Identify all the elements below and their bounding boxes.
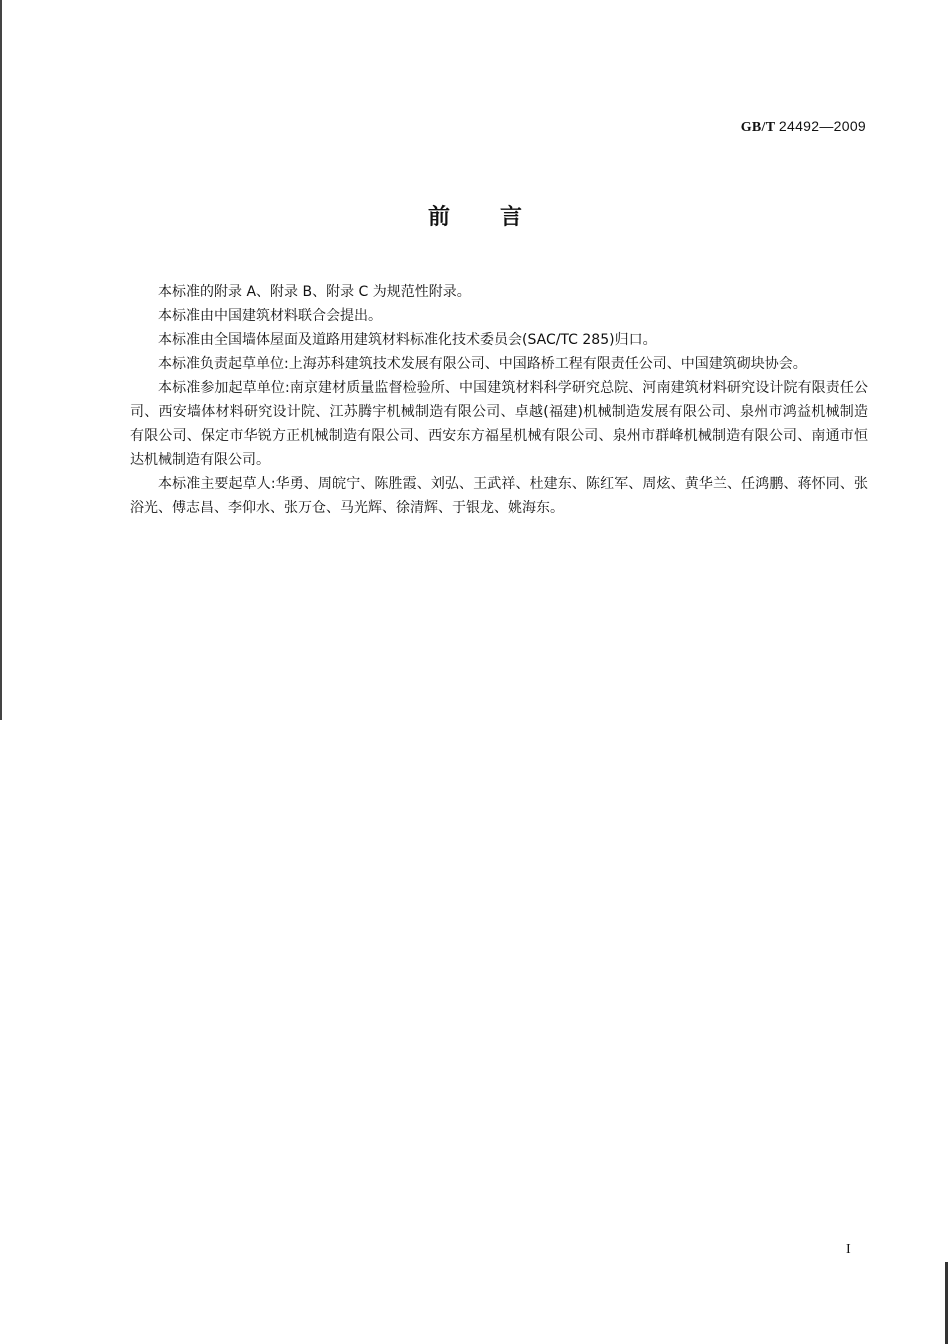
paragraph-lead-drafters: 本标准负责起草单位:上海苏科建筑技术发展有限公司、中国路桥工程有限责任公司、中国…	[130, 352, 868, 376]
paragraph-appendix: 本标准的附录 A、附录 B、附录 C 为规范性附录。	[130, 280, 868, 304]
page-title: 前言	[0, 200, 950, 231]
scan-edge-left	[0, 0, 2, 720]
paragraph-main-authors: 本标准主要起草人:华勇、周皖宁、陈胜霞、刘弘、王武祥、杜建东、陈红军、周炫、黄华…	[130, 472, 868, 520]
paragraph-committee: 本标准由全国墙体屋面及道路用建筑材料标准化技术委员会(SAC/TC 285)归口…	[130, 328, 868, 352]
foreword-body: 本标准的附录 A、附录 B、附录 C 为规范性附录。 本标准由中国建筑材料联合会…	[130, 280, 868, 520]
scan-edge-right	[945, 1262, 948, 1344]
standard-code: GB/T 24492—2009	[741, 118, 866, 136]
page-number: I	[846, 1242, 851, 1258]
paragraph-participating-drafters: 本标准参加起草单位:南京建材质量监督检验所、中国建筑材料科学研究总院、河南建筑材…	[130, 376, 868, 472]
paragraph-proposer: 本标准由中国建筑材料联合会提出。	[130, 304, 868, 328]
standard-prefix: GB/T	[741, 120, 775, 135]
standard-number: 24492—2009	[779, 118, 866, 134]
